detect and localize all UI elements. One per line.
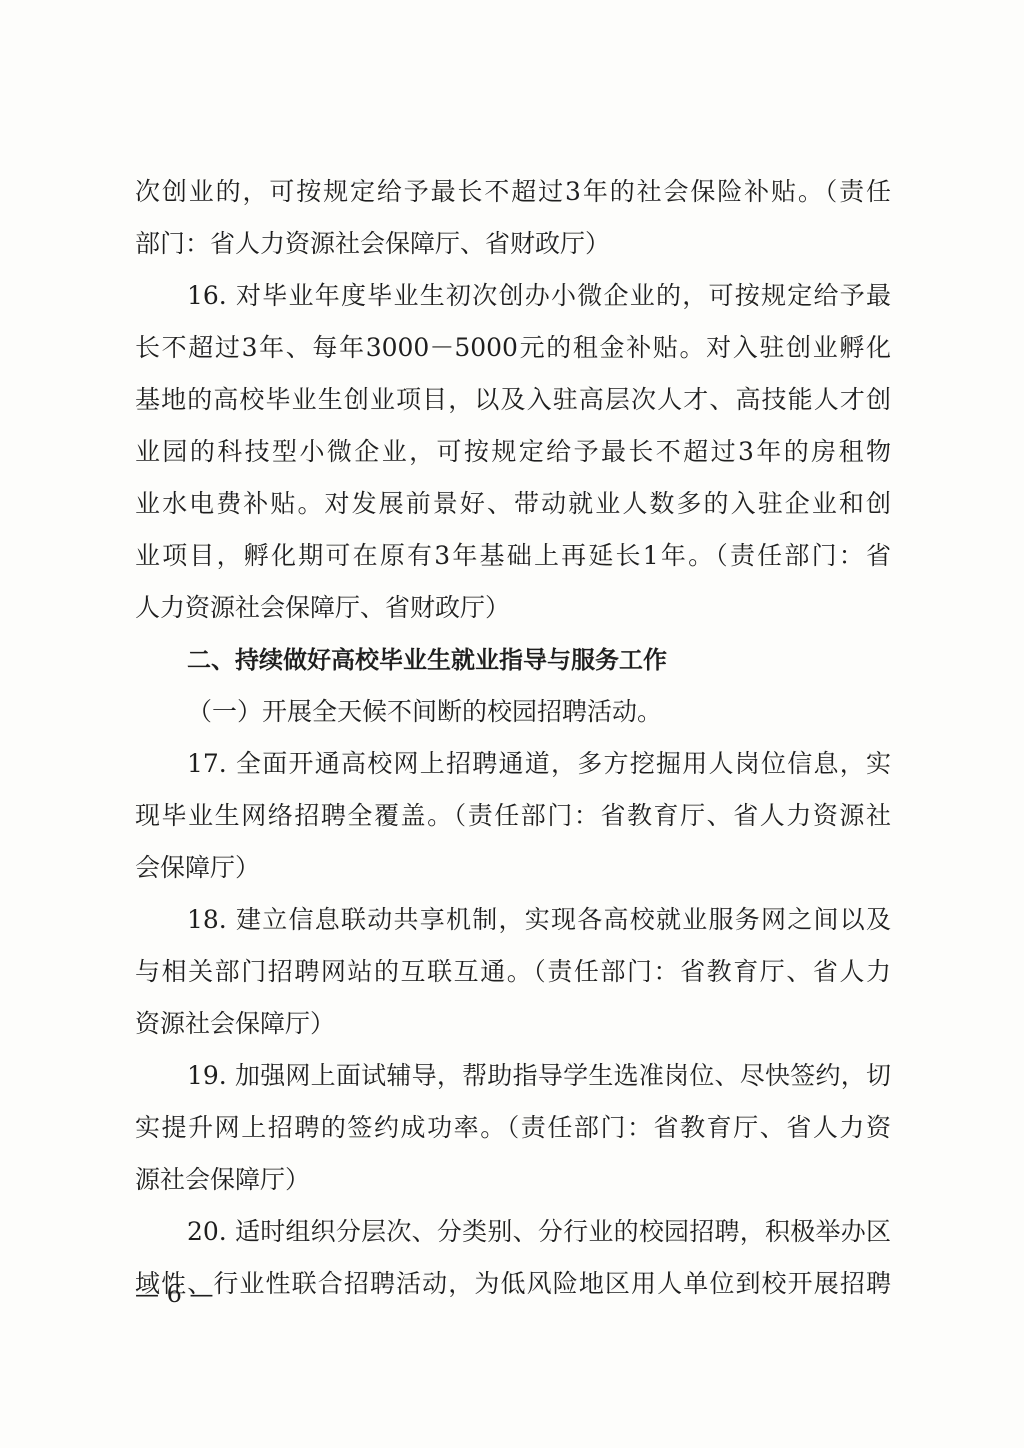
- item-19-line: 19. 加强网上面试辅导，帮助指导学生选准岗位、尽快签约，切: [135, 1050, 891, 1102]
- item-20-line: 20. 适时组织分层次、分类别、分行业的校园招聘，积极举办区: [135, 1206, 891, 1258]
- text-line: 业项目，孵化期可在原有3年基础上再延长1年。（责任部门：省: [135, 530, 891, 582]
- text-line: 人力资源社会保障厅、省财政厅）: [135, 582, 891, 634]
- text-line: 实提升网上招聘的签约成功率。（责任部门：省教育厅、省人力资: [135, 1102, 891, 1154]
- text-line: 与相关部门招聘网站的互联互通。（责任部门：省教育厅、省人力: [135, 946, 891, 998]
- text-line: 域性、行业性联合招聘活动，为低风险地区用人单位到校开展招聘: [135, 1258, 891, 1310]
- section-heading: 二、持续做好高校毕业生就业指导与服务工作: [135, 634, 891, 686]
- document-page: 次创业的，可按规定给予最长不超过3年的社会保险补贴。（责任 部门：省人力资源社会…: [135, 166, 891, 1310]
- text-line: 部门：省人力资源社会保障厅、省财政厅）: [135, 218, 891, 270]
- text-line: 会保障厅）: [135, 842, 891, 894]
- text-line: 现毕业生网络招聘全覆盖。（责任部门：省教育厅、省人力资源社: [135, 790, 891, 842]
- text-line: 业园的科技型小微企业，可按规定给予最长不超过3年的房租物: [135, 426, 891, 478]
- item-17-line: 17. 全面开通高校网上招聘通道，多方挖掘用人岗位信息，实: [135, 738, 891, 790]
- text-line: 业水电费补贴。对发展前景好、带动就业人数多的入驻企业和创: [135, 478, 891, 530]
- text-line: 次创业的，可按规定给予最长不超过3年的社会保险补贴。（责任: [135, 166, 891, 218]
- item-16-line: 16. 对毕业年度毕业生初次创办小微企业的，可按规定给予最: [135, 270, 891, 322]
- text-line: 源社会保障厅）: [135, 1154, 891, 1206]
- text-line: 长不超过3年、每年3000－5000元的租金补贴。对入驻创业孵化: [135, 322, 891, 374]
- text-line: 资源社会保障厅）: [135, 998, 891, 1050]
- text-line: 基地的高校毕业生创业项目，以及入驻高层次人才、高技能人才创: [135, 374, 891, 426]
- item-18-line: 18. 建立信息联动共享机制，实现各高校就业服务网之间以及: [135, 894, 891, 946]
- subsection-heading: （一）开展全天候不间断的校园招聘活动。: [135, 686, 891, 738]
- page-number: — 6 —: [135, 1280, 214, 1308]
